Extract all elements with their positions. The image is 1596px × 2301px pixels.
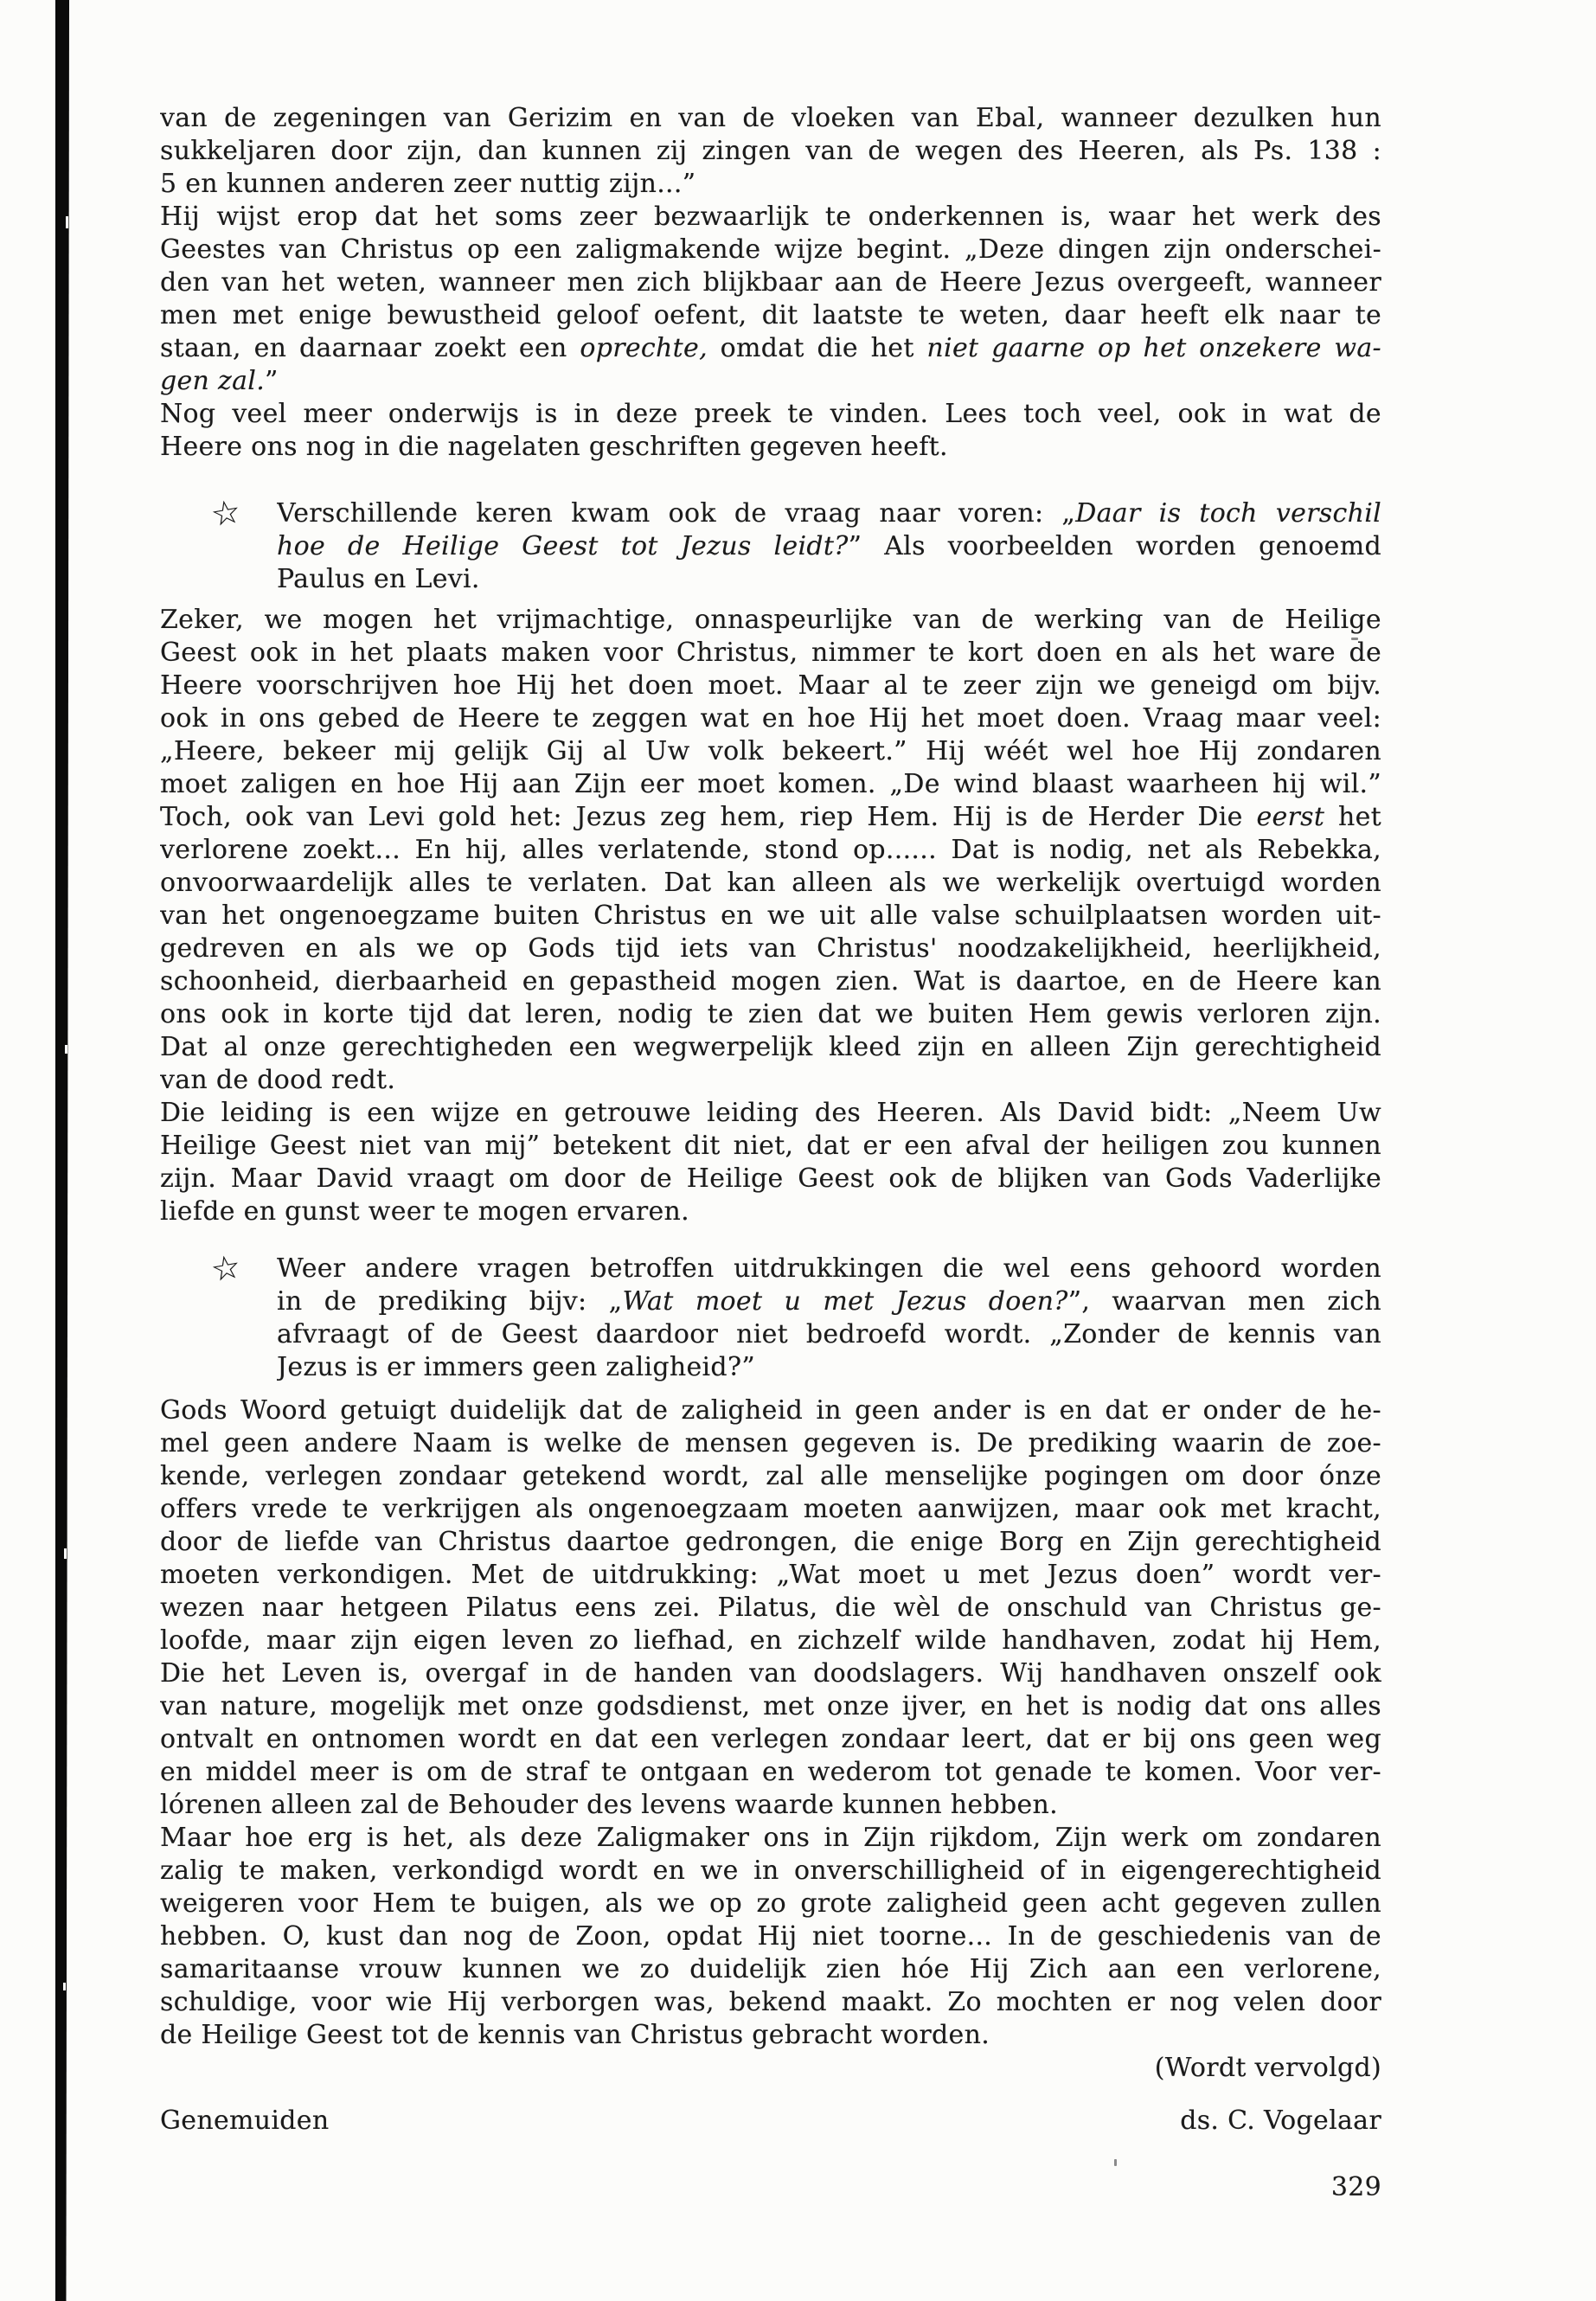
scan-binding-bar bbox=[55, 0, 69, 2301]
text-line: ook in ons gebed de Heere te zeggen wat … bbox=[160, 702, 1381, 735]
text-line: Die leiding is een wijze en getrouwe lei… bbox=[160, 1097, 1381, 1130]
text-line: „Heere, bekeer mij gelijk Gij al Uw volk… bbox=[160, 735, 1381, 768]
text-line: en middel meer is om de straf te ontgaan… bbox=[160, 1756, 1381, 1789]
text-line: Geest ook in het plaats maken voor Chris… bbox=[160, 637, 1381, 670]
text-line: gedreven en als we op Gods tijd iets van… bbox=[160, 933, 1381, 965]
article-body: van de zegeningen van Gerizim en van de … bbox=[160, 102, 1381, 2052]
text-line: staan, en daarnaar zoekt een oprechte, o… bbox=[160, 332, 1381, 365]
paragraph: Die leiding is een wijze en getrouwe lei… bbox=[160, 1097, 1381, 1228]
scan-nick bbox=[66, 216, 68, 228]
text-line: door de liefde van Christus daartoe gedr… bbox=[160, 1526, 1381, 1559]
text-line: afvraagt of de Geest daardoor niet bedro… bbox=[277, 1318, 1381, 1351]
continuation-note: (Wordt vervolgd) bbox=[160, 2052, 1381, 2085]
text-line: Gods Woord getuigt duidelijk dat de zali… bbox=[160, 1394, 1381, 1427]
paragraph: van de zegeningen van Gerizim en van de … bbox=[160, 102, 1381, 201]
paragraph: Nog veel meer onderwijs is in deze preek… bbox=[160, 398, 1381, 464]
text-line: onvoorwaardelijk alles te verlaten. Dat … bbox=[160, 867, 1381, 900]
text-line: Zeker, we mogen het vrijmachtige, onnasp… bbox=[160, 604, 1381, 637]
paragraph: Zeker, we mogen het vrijmachtige, onnasp… bbox=[160, 604, 1381, 1097]
page-number: 329 bbox=[160, 2171, 1381, 2204]
text-line: loofde, maar zijn eigen leven zo liefhad… bbox=[160, 1625, 1381, 1657]
text-line: de Heilige Geest tot de kennis van Chris… bbox=[160, 2019, 1381, 2052]
text-line: Toch, ook van Levi gold het: Jezus zeg h… bbox=[160, 801, 1381, 834]
text-line: Die het Leven is, overgaf in de handen v… bbox=[160, 1657, 1381, 1690]
text-line: ontvalt en ontnomen wordt en dat een ver… bbox=[160, 1723, 1381, 1756]
text-line: van de zegeningen van Gerizim en van de … bbox=[160, 102, 1381, 135]
scan-nick bbox=[64, 1548, 67, 1559]
text-line: offers vrede te verkrijgen als ongenoegz… bbox=[160, 1493, 1381, 1526]
text-line: wezen naar hetgeen Pilatus eens zei. Pil… bbox=[160, 1592, 1381, 1625]
text-line: schuldige, voor wie Hij verborgen was, b… bbox=[160, 1986, 1381, 2019]
text-line: ons ook in korte tijd dat leren, nodig t… bbox=[160, 998, 1381, 1031]
text-line: schoonheid, dierbaarheid en gepastheid m… bbox=[160, 965, 1381, 998]
text-line: gen zal.” bbox=[160, 365, 1381, 398]
text-line: den van het weten, wanneer men zich blij… bbox=[160, 266, 1381, 299]
text-line: Heilige Geest niet van mij” betekent dit… bbox=[160, 1130, 1381, 1163]
text-line: liefde en gunst weer te mogen ervaren. bbox=[160, 1195, 1381, 1228]
text-line: 5 en kunnen anderen zeer nuttig zijn...” bbox=[160, 168, 1381, 201]
text-line: Heere voorschrijven hoe Hij het doen moe… bbox=[160, 670, 1381, 702]
paragraph: Maar hoe erg is het, als deze Zaligmaker… bbox=[160, 1822, 1381, 2052]
star-icon: ☆ bbox=[208, 1249, 243, 1286]
scan-nick bbox=[63, 1983, 66, 1990]
text-line: Jezus is er immers geen zaligheid?” bbox=[277, 1351, 1381, 1384]
text-line: Dat al onze gerechtigheden een wegwerpel… bbox=[160, 1031, 1381, 1064]
page: van de zegeningen van Gerizim en van de … bbox=[160, 102, 1381, 2204]
text-line: van het ongenoegzame buiten Christus en … bbox=[160, 900, 1381, 933]
author-name: ds. C. Vogelaar bbox=[1180, 2105, 1381, 2138]
paragraph: Gods Woord getuigt duidelijk dat de zali… bbox=[160, 1394, 1381, 1822]
text-line: van nature, mogelijk met onze godsdienst… bbox=[160, 1690, 1381, 1723]
star-paragraph: ☆Weer andere vragen betroffen uitdrukkin… bbox=[277, 1253, 1381, 1384]
text-line: zijn. Maar David vraagt om door de Heili… bbox=[160, 1163, 1381, 1195]
star-icon: ☆ bbox=[208, 494, 243, 531]
text-line: Maar hoe erg is het, als deze Zaligmaker… bbox=[160, 1822, 1381, 1855]
text-line: men met enige bewustheid geloof oefent, … bbox=[160, 299, 1381, 332]
text-line: Heere ons nog in die nagelaten geschrift… bbox=[160, 431, 1381, 464]
text-line: Weer andere vragen betroffen uitdrukking… bbox=[277, 1253, 1381, 1285]
text-line: verlorene zoekt... En hij, alles verlate… bbox=[160, 834, 1381, 867]
text-line: Nog veel meer onderwijs is in deze preek… bbox=[160, 398, 1381, 431]
paragraph: Hij wijst erop dat het soms zeer bezwaar… bbox=[160, 201, 1381, 398]
text-line: van de dood redt. bbox=[160, 1064, 1381, 1097]
text-line: lórenen alleen zal de Behouder des leven… bbox=[160, 1789, 1381, 1822]
text-line: in de prediking bijv: „Wat moet u met Je… bbox=[277, 1285, 1381, 1318]
text-line: hebben. O, kust dan nog de Zoon, opdat H… bbox=[160, 1920, 1381, 1953]
star-paragraph: ☆Verschillende keren kwam ook de vraag n… bbox=[277, 497, 1381, 596]
text-line: mel geen andere Naam is welke de mensen … bbox=[160, 1427, 1381, 1460]
place-name: Genemuiden bbox=[160, 2105, 329, 2138]
signature-row: Genemuiden ds. C. Vogelaar bbox=[160, 2105, 1381, 2138]
text-line: sukkeljaren door zijn, dan kunnen zij zi… bbox=[160, 135, 1381, 168]
text-line: Verschillende keren kwam ook de vraag na… bbox=[277, 497, 1381, 530]
text-line: weigeren voor Hem te buigen, als we op z… bbox=[160, 1888, 1381, 1920]
text-line: moet zaligen en hoe Hij aan Zijn eer moe… bbox=[160, 768, 1381, 801]
text-line: hoe de Heilige Geest tot Jezus leidt?” A… bbox=[277, 530, 1381, 563]
text-line: Hij wijst erop dat het soms zeer bezwaar… bbox=[160, 201, 1381, 234]
text-line: Geestes van Christus op een zaligmakende… bbox=[160, 234, 1381, 266]
scan-nick bbox=[65, 1045, 67, 1054]
text-line: zalig te maken, verkondigd wordt en we i… bbox=[160, 1855, 1381, 1888]
text-line: moeten verkondigen. Met de uitdrukking: … bbox=[160, 1559, 1381, 1592]
text-line: kende, verlegen zondaar getekend wordt, … bbox=[160, 1460, 1381, 1493]
text-line: samaritaanse vrouw kunnen we zo duidelij… bbox=[160, 1953, 1381, 1986]
text-line: Paulus en Levi. bbox=[277, 563, 1381, 596]
